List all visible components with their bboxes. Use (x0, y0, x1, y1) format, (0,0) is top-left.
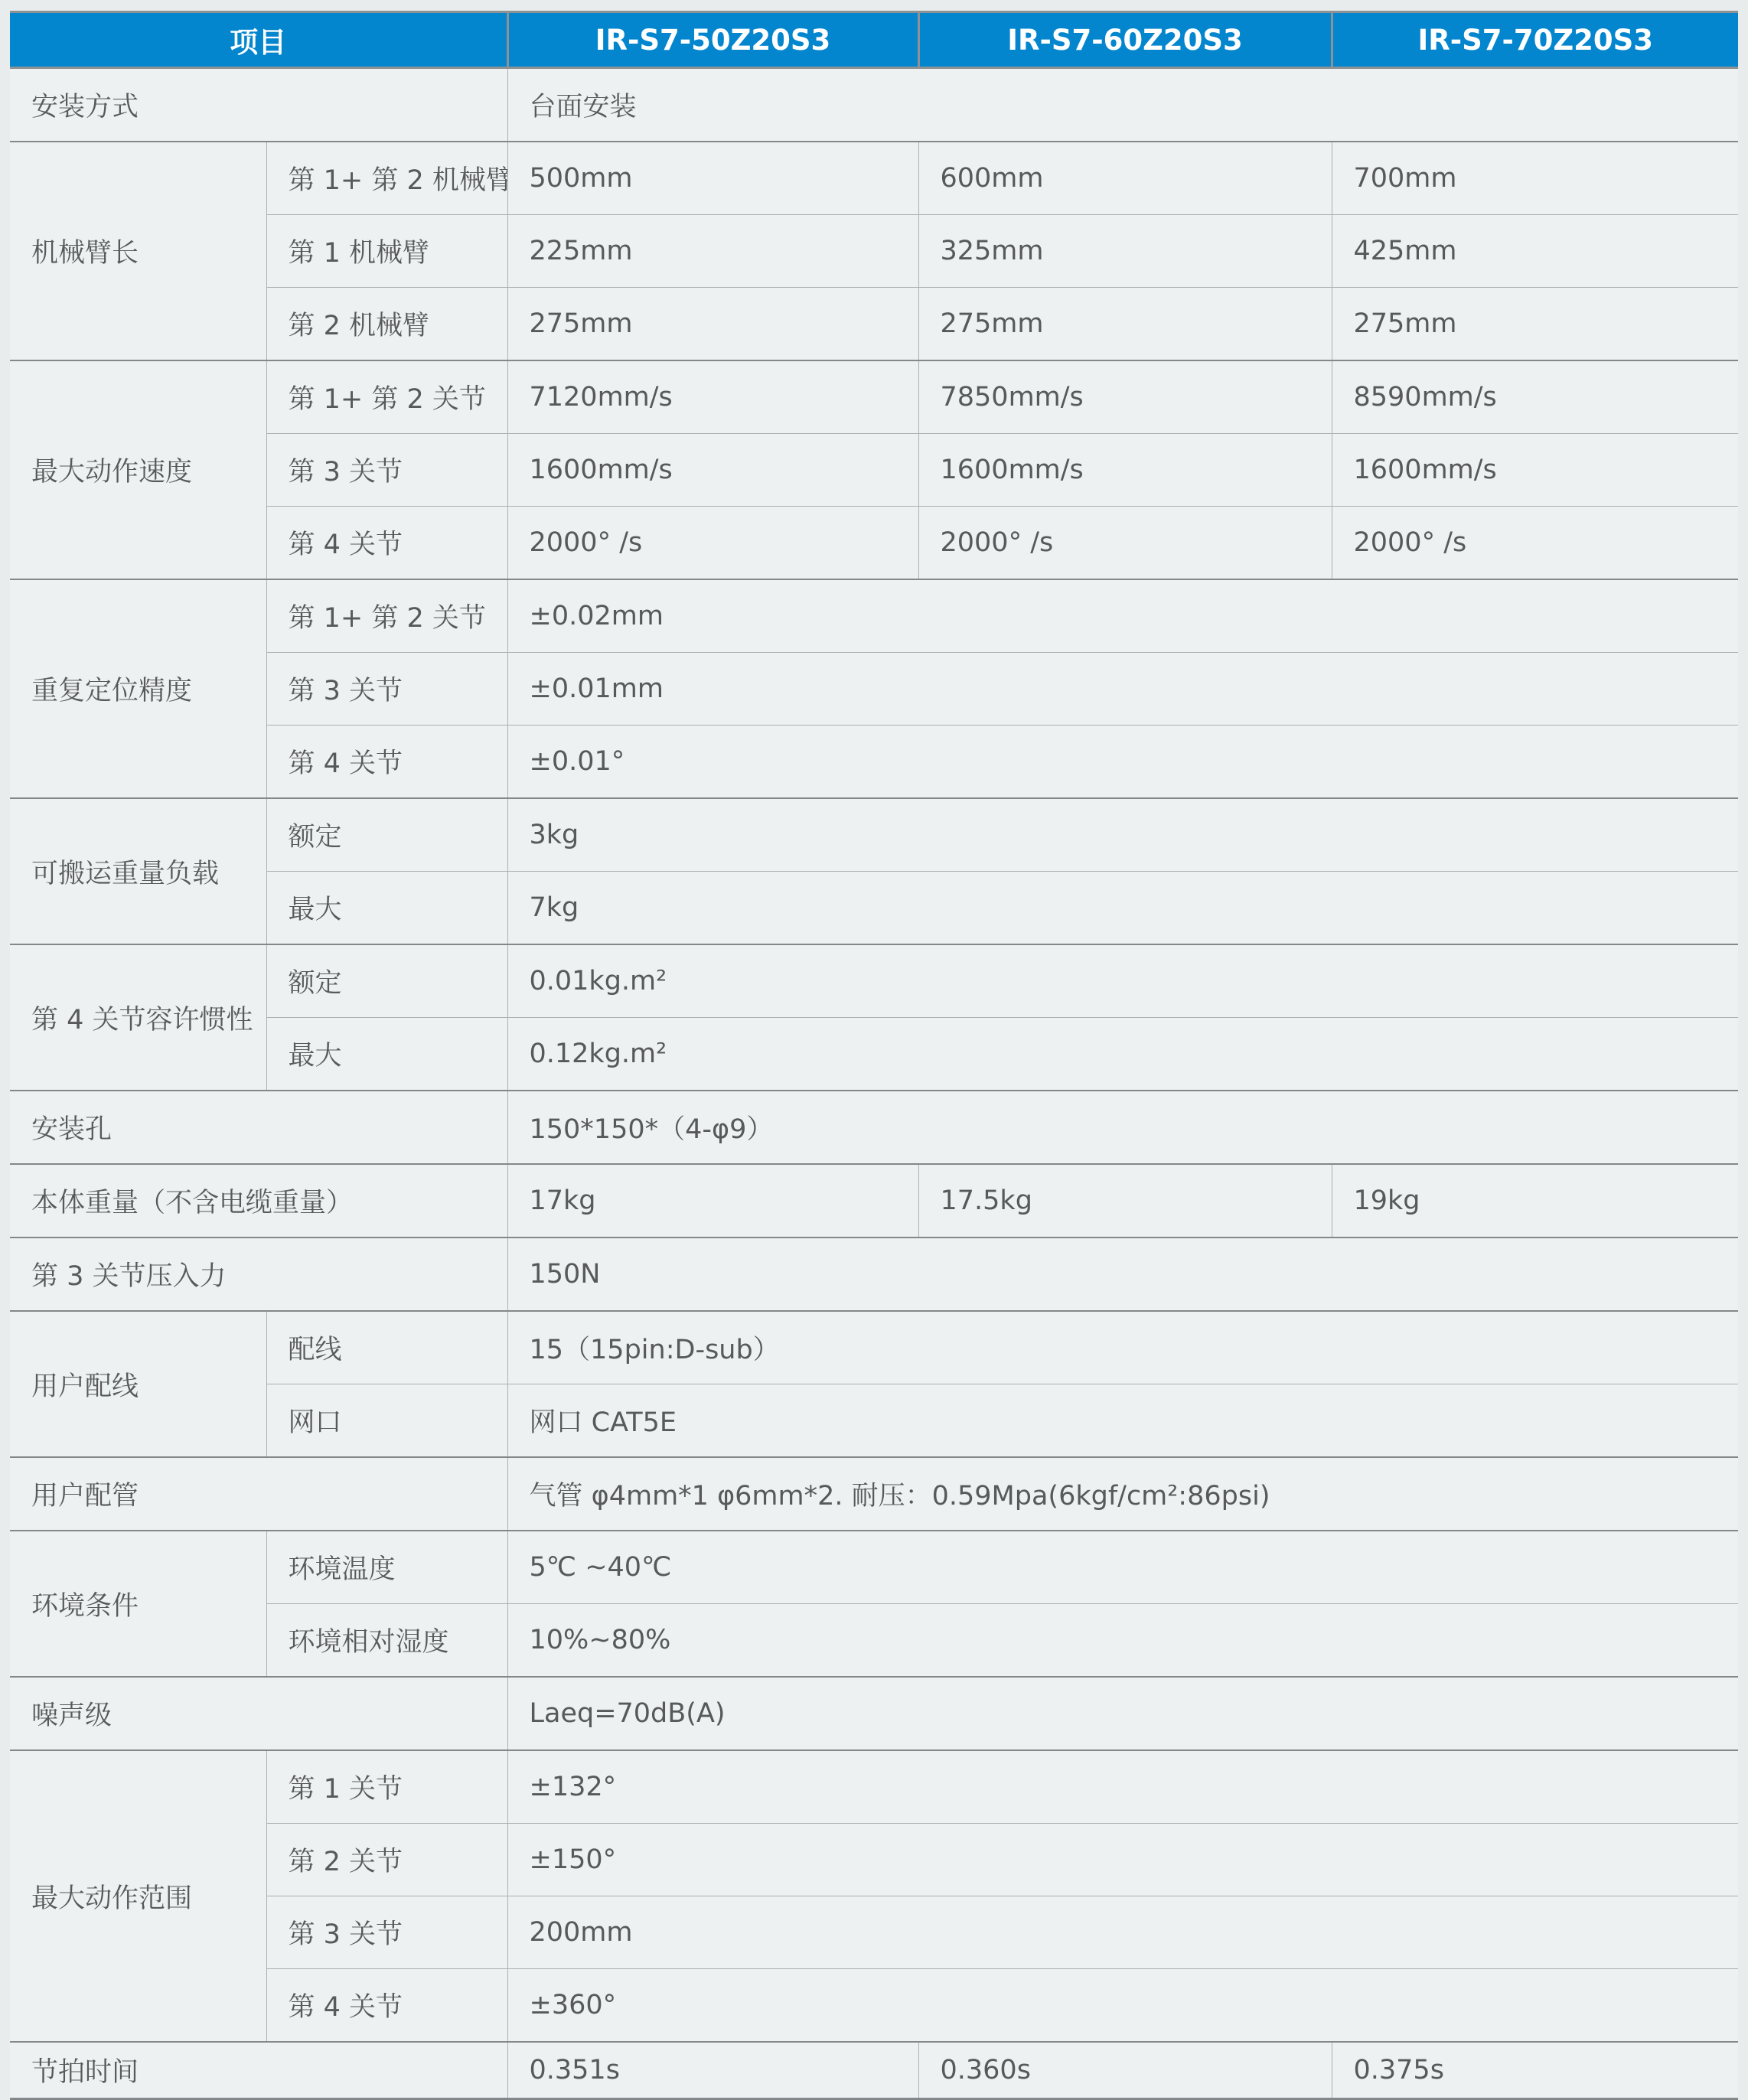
cell-value: 275mm (1332, 288, 1738, 361)
row-label: 第 3 关节压入力 (10, 1237, 507, 1311)
cell-value: 7850mm/s (918, 360, 1332, 434)
spec-table: 项目 IR-S7-50Z20S3 IR-S7-60Z20S3 IR-S7-70Z… (10, 11, 1738, 2100)
row-category: 可搬运重量负载 (10, 798, 266, 944)
cell-value: 10%~80% (507, 1604, 1738, 1678)
row-label: 用户配管 (10, 1457, 507, 1531)
cell-value: 225mm (507, 215, 918, 288)
group-cycle-time: 节拍时间 0.351s 0.360s 0.375s (10, 2042, 1738, 2099)
group-user-piping: 用户配管 气管 φ4mm*1 φ6mm*2. 耐压：0.59Mpa(6kgf/c… (10, 1457, 1738, 1531)
group-joint3-force: 第 3 关节压入力 150N (10, 1237, 1738, 1311)
row-max-speed-1: 最大动作速度 第 1+ 第 2 关节 7120mm/s 7850mm/s 859… (10, 360, 1738, 434)
cell-sublabel: 第 1+ 第 2 关节 (266, 360, 507, 434)
row-arm-length-1: 机械臂长 第 1+ 第 2 机械臂 500mm 600mm 700mm (10, 142, 1738, 215)
row-category: 重复定位精度 (10, 579, 266, 798)
row-environment-1: 环境条件 环境温度 5℃ ~40℃ (10, 1531, 1738, 1604)
cell-value: 7120mm/s (507, 360, 918, 434)
cell-value: 台面安装 (507, 68, 1738, 142)
group-max-speed: 最大动作速度 第 1+ 第 2 关节 7120mm/s 7850mm/s 859… (10, 360, 1738, 579)
row-mounting-holes: 安装孔 150*150*（4-φ9） (10, 1091, 1738, 1164)
page: 项目 IR-S7-50Z20S3 IR-S7-60Z20S3 IR-S7-70Z… (0, 0, 1748, 2100)
header-item: 项目 (10, 12, 507, 68)
group-arm-length: 机械臂长 第 1+ 第 2 机械臂 500mm 600mm 700mm 第 1 … (10, 142, 1738, 360)
row-environment-2: 环境相对湿度 10%~80% (10, 1604, 1738, 1678)
row-max-range-3: 第 3 关节 200mm (10, 1896, 1738, 1969)
cell-sublabel: 第 4 关节 (266, 1969, 507, 2043)
group-payload: 可搬运重量负载 额定 3kg 最大 7kg (10, 798, 1738, 944)
cell-sublabel: 第 4 关节 (266, 507, 507, 580)
cell-value: ±132° (507, 1750, 1738, 1824)
cell-sublabel: 第 1+ 第 2 关节 (266, 579, 507, 653)
row-payload-2: 最大 7kg (10, 872, 1738, 945)
group-repeatability: 重复定位精度 第 1+ 第 2 关节 ±0.02mm 第 3 关节 ±0.01m… (10, 579, 1738, 798)
cell-value: 17kg (507, 1164, 918, 1237)
row-inertia-1: 第 4 关节容许惯性 额定 0.01kg.m² (10, 944, 1738, 1018)
cell-sublabel: 第 3 关节 (266, 1896, 507, 1969)
cell-value: 200mm (507, 1896, 1738, 1969)
row-category: 机械臂长 (10, 142, 266, 360)
row-noise: 噪声级 Laeq=70dB(A) (10, 1677, 1738, 1750)
row-payload-1: 可搬运重量负载 额定 3kg (10, 798, 1738, 872)
cell-value: 1600mm/s (918, 434, 1332, 507)
cell-value: 3kg (507, 798, 1738, 872)
group-inertia: 第 4 关节容许惯性 额定 0.01kg.m² 最大 0.12kg.m² (10, 944, 1738, 1091)
cell-value: 15（15pin:D-sub） (507, 1311, 1738, 1384)
cell-value: 1600mm/s (507, 434, 918, 507)
row-label: 本体重量（不含电缆重量） (10, 1164, 507, 1237)
header-model-1: IR-S7-50Z20S3 (507, 12, 918, 68)
cell-value: 425mm (1332, 215, 1738, 288)
cell-value: ±0.02mm (507, 579, 1738, 653)
cell-value: 0.375s (1332, 2042, 1738, 2099)
cell-value: 700mm (1332, 142, 1738, 215)
cell-sublabel: 第 1 机械臂 (266, 215, 507, 288)
row-user-wiring-2: 网口 网口 CAT5E (10, 1384, 1738, 1458)
cell-value: 8590mm/s (1332, 360, 1738, 434)
cell-value: 150N (507, 1237, 1738, 1311)
group-user-wiring: 用户配线 配线 15（15pin:D-sub） 网口 网口 CAT5E (10, 1311, 1738, 1457)
row-category: 第 4 关节容许惯性 (10, 944, 266, 1091)
row-max-range-2: 第 2 关节 ±150° (10, 1824, 1738, 1896)
header-model-3: IR-S7-70Z20S3 (1332, 12, 1738, 68)
cell-value: ±150° (507, 1824, 1738, 1896)
cell-value: 气管 φ4mm*1 φ6mm*2. 耐压：0.59Mpa(6kgf/cm²:86… (507, 1457, 1738, 1531)
cell-value: 19kg (1332, 1164, 1738, 1237)
cell-value: 0.360s (918, 2042, 1332, 2099)
cell-sublabel: 第 3 关节 (266, 434, 507, 507)
cell-value: 1600mm/s (1332, 434, 1738, 507)
cell-value: 325mm (918, 215, 1332, 288)
cell-value: ±0.01° (507, 726, 1738, 799)
cell-value: 600mm (918, 142, 1332, 215)
cell-sublabel: 额定 (266, 944, 507, 1018)
row-category: 最大动作范围 (10, 1750, 266, 2042)
row-mounting: 安装方式 台面安装 (10, 68, 1738, 142)
cell-value: 2000° /s (507, 507, 918, 580)
group-mounting-holes: 安装孔 150*150*（4-φ9） (10, 1091, 1738, 1164)
cell-value: Laeq=70dB(A) (507, 1677, 1738, 1750)
row-repeatability-3: 第 4 关节 ±0.01° (10, 726, 1738, 799)
group-environment: 环境条件 环境温度 5℃ ~40℃ 环境相对湿度 10%~80% (10, 1531, 1738, 1677)
cell-value: 7kg (507, 872, 1738, 945)
row-user-piping: 用户配管 气管 φ4mm*1 φ6mm*2. 耐压：0.59Mpa(6kgf/c… (10, 1457, 1738, 1531)
row-label: 噪声级 (10, 1677, 507, 1750)
row-user-wiring-1: 用户配线 配线 15（15pin:D-sub） (10, 1311, 1738, 1384)
group-noise: 噪声级 Laeq=70dB(A) (10, 1677, 1738, 1750)
cell-value: 5℃ ~40℃ (507, 1531, 1738, 1604)
cell-value: 2000° /s (1332, 507, 1738, 580)
cell-value: 0.12kg.m² (507, 1018, 1738, 1091)
group-body-weight: 本体重量（不含电缆重量） 17kg 17.5kg 19kg (10, 1164, 1738, 1237)
cell-value: 275mm (507, 288, 918, 361)
row-category: 最大动作速度 (10, 360, 266, 579)
row-label: 安装孔 (10, 1091, 507, 1164)
header-row: 项目 IR-S7-50Z20S3 IR-S7-60Z20S3 IR-S7-70Z… (10, 12, 1738, 68)
row-repeatability-2: 第 3 关节 ±0.01mm (10, 653, 1738, 726)
header-model-2: IR-S7-60Z20S3 (918, 12, 1332, 68)
table-header: 项目 IR-S7-50Z20S3 IR-S7-60Z20S3 IR-S7-70Z… (10, 12, 1738, 68)
cell-sublabel: 额定 (266, 798, 507, 872)
row-max-speed-3: 第 4 关节 2000° /s 2000° /s 2000° /s (10, 507, 1738, 580)
cell-sublabel: 配线 (266, 1311, 507, 1384)
row-arm-length-3: 第 2 机械臂 275mm 275mm 275mm (10, 288, 1738, 361)
cell-sublabel: 第 4 关节 (266, 726, 507, 799)
cell-sublabel: 第 3 关节 (266, 653, 507, 726)
row-joint3-force: 第 3 关节压入力 150N (10, 1237, 1738, 1311)
row-label: 节拍时间 (10, 2042, 507, 2099)
cell-sublabel: 第 2 关节 (266, 1824, 507, 1896)
row-inertia-2: 最大 0.12kg.m² (10, 1018, 1738, 1091)
cell-sublabel: 环境温度 (266, 1531, 507, 1604)
cell-value: 0.01kg.m² (507, 944, 1738, 1018)
cell-sublabel: 第 1+ 第 2 机械臂 (266, 142, 507, 215)
group-max-range: 最大动作范围 第 1 关节 ±132° 第 2 关节 ±150° 第 3 关节 … (10, 1750, 1738, 2042)
row-category: 环境条件 (10, 1531, 266, 1677)
row-arm-length-2: 第 1 机械臂 225mm 325mm 425mm (10, 215, 1738, 288)
group-mounting: 安装方式 台面安装 (10, 68, 1738, 142)
row-body-weight: 本体重量（不含电缆重量） 17kg 17.5kg 19kg (10, 1164, 1738, 1237)
cell-sublabel: 最大 (266, 1018, 507, 1091)
cell-value: 500mm (507, 142, 918, 215)
cell-value: 0.351s (507, 2042, 918, 2099)
cell-value: 275mm (918, 288, 1332, 361)
row-max-speed-2: 第 3 关节 1600mm/s 1600mm/s 1600mm/s (10, 434, 1738, 507)
cell-sublabel: 环境相对湿度 (266, 1604, 507, 1678)
cell-sublabel: 第 2 机械臂 (266, 288, 507, 361)
row-category: 用户配线 (10, 1311, 266, 1457)
cell-sublabel: 第 1 关节 (266, 1750, 507, 1824)
cell-value: ±0.01mm (507, 653, 1738, 726)
row-max-range-1: 最大动作范围 第 1 关节 ±132° (10, 1750, 1738, 1824)
row-repeatability-1: 重复定位精度 第 1+ 第 2 关节 ±0.02mm (10, 579, 1738, 653)
cell-value: ±360° (507, 1969, 1738, 2043)
row-label: 安装方式 (10, 68, 507, 142)
cell-value: 150*150*（4-φ9） (507, 1091, 1738, 1164)
cell-value: 网口 CAT5E (507, 1384, 1738, 1458)
row-max-range-4: 第 4 关节 ±360° (10, 1969, 1738, 2043)
cell-value: 17.5kg (918, 1164, 1332, 1237)
cell-sublabel: 网口 (266, 1384, 507, 1458)
row-cycle-time: 节拍时间 0.351s 0.360s 0.375s (10, 2042, 1738, 2099)
cell-sublabel: 最大 (266, 872, 507, 945)
cell-value: 2000° /s (918, 507, 1332, 580)
